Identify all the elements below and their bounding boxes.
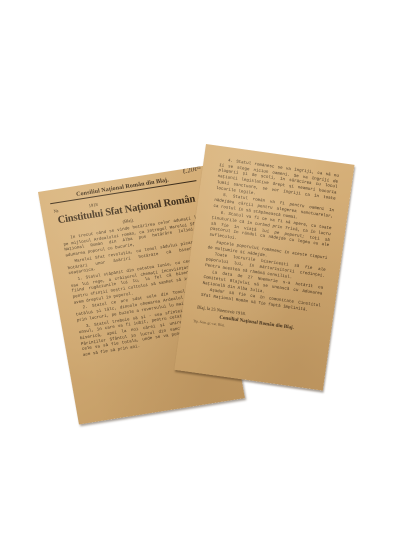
right-body-text: 4. Statul românesc se va îngriji, ca să … bbox=[200, 158, 339, 316]
photo-stage: ℓ.20ℓ≈ Consiliul Național Român din Blaj… bbox=[0, 0, 400, 533]
right-leaflet-page: 4. Statul românesc se va îngriji, ca să … bbox=[174, 144, 354, 391]
year-label: 1918 bbox=[88, 202, 98, 208]
number-label: Nr. bbox=[53, 208, 59, 214]
